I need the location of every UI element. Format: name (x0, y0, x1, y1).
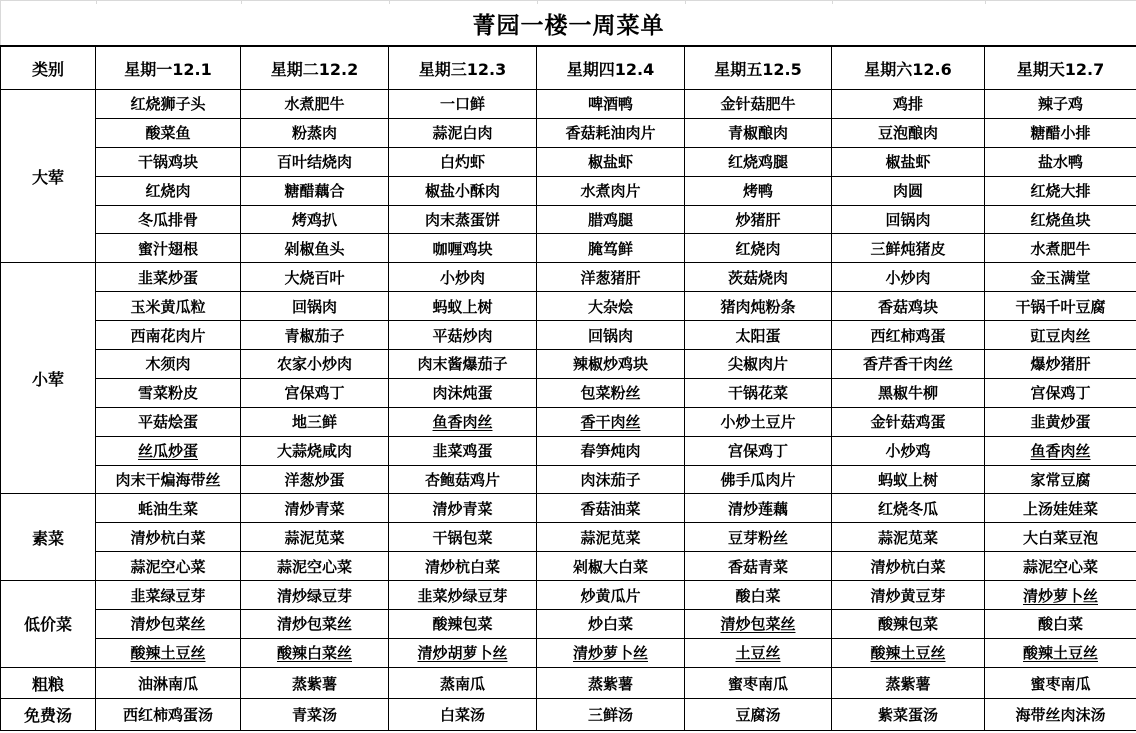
menu-body: 大荤红烧狮子头水煮肥牛一口鲜啤酒鸭金针菇肥牛鸡排辣子鸡酸菜鱼粉蒸肉蒜泥白肉香菇耗… (1, 90, 1136, 731)
menu-cell: 蒜泥苋菜 (241, 523, 389, 552)
menu-cell: 红烧鱼块 (985, 205, 1136, 234)
page-title: 菁园一楼一周菜单 (473, 7, 665, 40)
menu-cell: 红烧冬瓜 (832, 494, 985, 523)
menu-cell: 辣子鸡 (985, 90, 1136, 119)
menu-cell: 酸白菜 (685, 581, 832, 610)
menu-cell: 三鲜炖猪皮 (832, 234, 985, 263)
menu-cell: 白灼虾 (389, 147, 537, 176)
menu-cell: 回锅肉 (241, 292, 389, 321)
menu-row: 酸菜鱼粉蒸肉蒜泥白肉香菇耗油肉片青椒酿肉豆泡酿肉糖醋小排 (1, 118, 1136, 147)
day-header: 星期二12.2 (241, 46, 389, 90)
menu-cell: 包菜粉丝 (537, 378, 685, 407)
menu-cell: 玉米黄瓜粒 (96, 292, 241, 321)
menu-cell: 清炒包菜丝 (685, 610, 832, 639)
menu-cell: 蜜枣南瓜 (685, 667, 832, 699)
menu-cell: 爆炒猪肝 (985, 350, 1136, 379)
day-header: 星期一12.1 (96, 46, 241, 90)
menu-cell: 宫保鸡丁 (985, 378, 1136, 407)
menu-cell: 蒸南瓜 (389, 667, 537, 699)
gridline-tick (985, 1, 986, 4)
menu-cell: 腊鸡腿 (537, 205, 685, 234)
menu-cell: 炒猪肝 (685, 205, 832, 234)
menu-cell: 剁椒鱼头 (241, 234, 389, 263)
menu-cell: 香菇青菜 (685, 552, 832, 581)
menu-cell: 太阳蛋 (685, 321, 832, 350)
category-cell: 低价菜 (1, 581, 96, 668)
category-cell: 小荤 (1, 263, 96, 494)
menu-cell: 水煮肥牛 (241, 90, 389, 119)
menu-cell: 平菇烩蛋 (96, 407, 241, 436)
menu-cell: 蒜泥空心菜 (96, 552, 241, 581)
menu-cell: 肉末干煸海带丝 (96, 465, 241, 494)
menu-cell: 大杂烩 (537, 292, 685, 321)
menu-cell: 酸辣包菜 (389, 610, 537, 639)
menu-row: 免费汤西红柿鸡蛋汤青菜汤白菜汤三鲜汤豆腐汤紫菜蛋汤海带丝肉沫汤 (1, 699, 1136, 731)
menu-row: 酸辣土豆丝酸辣白菜丝清炒胡萝卜丝清炒萝卜丝土豆丝酸辣土豆丝酸辣土豆丝 (1, 638, 1136, 667)
menu-row: 红烧肉糖醋藕合椒盐小酥肉水煮肉片烤鸭肉圆红烧大排 (1, 176, 1136, 205)
menu-cell: 香菇油菜 (537, 494, 685, 523)
menu-cell: 蜜枣南瓜 (985, 667, 1136, 699)
menu-cell: 蜜汁翅根 (96, 234, 241, 263)
menu-cell: 清炒青菜 (389, 494, 537, 523)
menu-cell: 蒸紫薯 (537, 667, 685, 699)
menu-cell: 茨菇烧肉 (685, 263, 832, 292)
menu-cell: 韭菜炒绿豆芽 (389, 581, 537, 610)
menu-cell: 椒盐虾 (537, 147, 685, 176)
menu-cell: 咖喱鸡块 (389, 234, 537, 263)
category-cell: 免费汤 (1, 699, 96, 731)
menu-cell: 啤酒鸭 (537, 90, 685, 119)
menu-cell: 肉沫茄子 (537, 465, 685, 494)
menu-cell: 韭菜绿豆芽 (96, 581, 241, 610)
menu-cell: 青椒酿肉 (685, 118, 832, 147)
menu-cell: 清炒杭白菜 (96, 523, 241, 552)
menu-cell: 红烧肉 (685, 234, 832, 263)
menu-row: 丝瓜炒蛋大蒜烧咸肉韭菜鸡蛋春笋炖肉宫保鸡丁小炒鸡鱼香肉丝 (1, 436, 1136, 465)
menu-cell: 雪菜粉皮 (96, 378, 241, 407)
menu-cell: 干锅鸡块 (96, 147, 241, 176)
menu-cell: 西红柿鸡蛋汤 (96, 699, 241, 731)
menu-cell: 紫菜蛋汤 (832, 699, 985, 731)
menu-row: 西南花肉片青椒茄子平菇炒肉回锅肉太阳蛋西红柿鸡蛋豇豆肉丝 (1, 321, 1136, 350)
menu-cell: 大蒜烧咸肉 (241, 436, 389, 465)
menu-cell: 洋葱猪肝 (537, 263, 685, 292)
category-header: 类别 (1, 46, 96, 90)
menu-cell: 清炒黄豆芽 (832, 581, 985, 610)
menu-cell: 油淋南瓜 (96, 667, 241, 699)
menu-row: 素菜蚝油生菜清炒青菜清炒青菜香菇油菜清炒莲藕红烧冬瓜上汤娃娃菜 (1, 494, 1136, 523)
menu-cell: 炒黄瓜片 (537, 581, 685, 610)
menu-cell: 春笋炖肉 (537, 436, 685, 465)
menu-cell: 蒜泥空心菜 (241, 552, 389, 581)
menu-cell: 肉圆 (832, 176, 985, 205)
menu-cell: 鸡排 (832, 90, 985, 119)
menu-cell: 清炒莲藕 (685, 494, 832, 523)
menu-row: 蜜汁翅根剁椒鱼头咖喱鸡块腌笃鲜红烧肉三鲜炖猪皮水煮肥牛 (1, 234, 1136, 263)
menu-cell: 蒜泥空心菜 (985, 552, 1136, 581)
menu-cell: 蒜泥苋菜 (832, 523, 985, 552)
menu-row: 干锅鸡块百叶结烧肉白灼虾椒盐虾红烧鸡腿椒盐虾盐水鸭 (1, 147, 1136, 176)
menu-row: 木须肉农家小炒肉肉末酱爆茄子辣椒炒鸡块尖椒肉片香芹香干肉丝爆炒猪肝 (1, 350, 1136, 379)
menu-row: 肉末干煸海带丝洋葱炒蛋杏鲍菇鸡片肉沫茄子佛手瓜肉片蚂蚁上树家常豆腐 (1, 465, 1136, 494)
menu-cell: 猪肉炖粉条 (685, 292, 832, 321)
menu-cell: 肉沫炖蛋 (389, 378, 537, 407)
category-cell: 粗粮 (1, 667, 96, 699)
category-cell: 大荤 (1, 90, 96, 263)
menu-cell: 椒盐小酥肉 (389, 176, 537, 205)
menu-cell: 金针菇肥牛 (685, 90, 832, 119)
menu-row: 粗粮油淋南瓜蒸紫薯蒸南瓜蒸紫薯蜜枣南瓜蒸紫薯蜜枣南瓜 (1, 667, 1136, 699)
menu-row: 雪菜粉皮宫保鸡丁肉沫炖蛋包菜粉丝干锅花菜黑椒牛柳宫保鸡丁 (1, 378, 1136, 407)
menu-row: 小荤韭菜炒蛋大烧百叶小炒肉洋葱猪肝茨菇烧肉小炒肉金玉满堂 (1, 263, 1136, 292)
menu-cell: 酸辣白菜丝 (241, 638, 389, 667)
menu-row: 大荤红烧狮子头水煮肥牛一口鲜啤酒鸭金针菇肥牛鸡排辣子鸡 (1, 90, 1136, 119)
menu-cell: 三鲜汤 (537, 699, 685, 731)
menu-cell: 粉蒸肉 (241, 118, 389, 147)
menu-cell: 小炒肉 (389, 263, 537, 292)
menu-cell: 蒜泥苋菜 (537, 523, 685, 552)
menu-cell: 韭黄炒蛋 (985, 407, 1136, 436)
menu-cell: 百叶结烧肉 (241, 147, 389, 176)
menu-page: 菁园一楼一周菜单 类别 星期一12.1星期二12.2星期三12.3星期四12.4… (0, 0, 1136, 733)
menu-cell: 金玉满堂 (985, 263, 1136, 292)
menu-cell: 木须肉 (96, 350, 241, 379)
gridline-tick (389, 1, 390, 4)
menu-cell: 丝瓜炒蛋 (96, 436, 241, 465)
menu-cell: 农家小炒肉 (241, 350, 389, 379)
menu-cell: 香菇鸡块 (832, 292, 985, 321)
day-header: 星期五12.5 (685, 46, 832, 90)
menu-cell: 红烧鸡腿 (685, 147, 832, 176)
menu-cell: 清炒包菜丝 (96, 610, 241, 639)
day-header: 星期三12.3 (389, 46, 537, 90)
menu-row: 清炒包菜丝清炒包菜丝酸辣包菜炒白菜清炒包菜丝酸辣包菜酸白菜 (1, 610, 1136, 639)
menu-cell: 黑椒牛柳 (832, 378, 985, 407)
day-header: 星期六12.6 (832, 46, 985, 90)
menu-cell: 肉末酱爆茄子 (389, 350, 537, 379)
menu-cell: 香芹香干肉丝 (832, 350, 985, 379)
menu-cell: 香菇耗油肉片 (537, 118, 685, 147)
menu-cell: 金针菇鸡蛋 (832, 407, 985, 436)
menu-cell: 豆芽粉丝 (685, 523, 832, 552)
menu-cell: 回锅肉 (832, 205, 985, 234)
menu-cell: 土豆丝 (685, 638, 832, 667)
menu-cell: 干锅包菜 (389, 523, 537, 552)
menu-row: 平菇烩蛋地三鲜鱼香肉丝香干肉丝小炒土豆片金针菇鸡蛋韭黄炒蛋 (1, 407, 1136, 436)
menu-cell: 椒盐虾 (832, 147, 985, 176)
menu-cell: 盐水鸭 (985, 147, 1136, 176)
menu-cell: 清炒杭白菜 (832, 552, 985, 581)
menu-row: 清炒杭白菜蒜泥苋菜干锅包菜蒜泥苋菜豆芽粉丝蒜泥苋菜大白菜豆泡 (1, 523, 1136, 552)
menu-cell: 上汤娃娃菜 (985, 494, 1136, 523)
menu-cell: 糖醋藕合 (241, 176, 389, 205)
menu-cell: 酸辣土豆丝 (832, 638, 985, 667)
menu-cell: 清炒青菜 (241, 494, 389, 523)
menu-cell: 鱼香肉丝 (985, 436, 1136, 465)
menu-cell: 海带丝肉沫汤 (985, 699, 1136, 731)
category-cell: 素菜 (1, 494, 96, 581)
menu-cell: 鱼香肉丝 (389, 407, 537, 436)
menu-cell: 炒白菜 (537, 610, 685, 639)
menu-cell: 地三鲜 (241, 407, 389, 436)
menu-cell: 水煮肉片 (537, 176, 685, 205)
menu-cell: 豆腐汤 (685, 699, 832, 731)
menu-cell: 韭菜炒蛋 (96, 263, 241, 292)
menu-cell: 酸辣土豆丝 (96, 638, 241, 667)
menu-cell: 红烧肉 (96, 176, 241, 205)
menu-cell: 冬瓜排骨 (96, 205, 241, 234)
menu-cell: 清炒萝卜丝 (537, 638, 685, 667)
menu-cell: 佛手瓜肉片 (685, 465, 832, 494)
menu-cell: 蒸紫薯 (241, 667, 389, 699)
menu-cell: 小炒肉 (832, 263, 985, 292)
title-row: 菁园一楼一周菜单 (0, 0, 1136, 45)
menu-cell: 豇豆肉丝 (985, 321, 1136, 350)
day-header: 星期天12.7 (985, 46, 1136, 90)
menu-row: 蒜泥空心菜蒜泥空心菜清炒杭白菜剁椒大白菜香菇青菜清炒杭白菜蒜泥空心菜 (1, 552, 1136, 581)
menu-cell: 清炒杭白菜 (389, 552, 537, 581)
gridline-tick (685, 1, 686, 4)
menu-cell: 烤鸡扒 (241, 205, 389, 234)
menu-cell: 宫保鸡丁 (685, 436, 832, 465)
menu-cell: 一口鲜 (389, 90, 537, 119)
menu-cell: 香干肉丝 (537, 407, 685, 436)
menu-cell: 清炒胡萝卜丝 (389, 638, 537, 667)
menu-cell: 糖醋小排 (985, 118, 1136, 147)
menu-cell: 辣椒炒鸡块 (537, 350, 685, 379)
menu-cell: 蒸紫薯 (832, 667, 985, 699)
menu-cell: 豆泡酿肉 (832, 118, 985, 147)
menu-cell: 青椒茄子 (241, 321, 389, 350)
menu-table: 类别 星期一12.1星期二12.2星期三12.3星期四12.4星期五12.5星期… (0, 45, 1136, 731)
day-header: 星期四12.4 (537, 46, 685, 90)
menu-cell: 烤鸭 (685, 176, 832, 205)
menu-cell: 白菜汤 (389, 699, 537, 731)
menu-cell: 蚂蚁上树 (832, 465, 985, 494)
menu-cell: 回锅肉 (537, 321, 685, 350)
menu-cell: 酸菜鱼 (96, 118, 241, 147)
menu-cell: 红烧大排 (985, 176, 1136, 205)
gridline-tick (537, 1, 538, 4)
menu-cell: 大白菜豆泡 (985, 523, 1136, 552)
menu-cell: 红烧狮子头 (96, 90, 241, 119)
menu-cell: 干锅千叶豆腐 (985, 292, 1136, 321)
menu-cell: 家常豆腐 (985, 465, 1136, 494)
menu-cell: 杏鲍菇鸡片 (389, 465, 537, 494)
menu-cell: 西南花肉片 (96, 321, 241, 350)
menu-row: 低价菜韭菜绿豆芽清炒绿豆芽韭菜炒绿豆芽炒黄瓜片酸白菜清炒黄豆芽清炒萝卜丝 (1, 581, 1136, 610)
menu-cell: 小炒鸡 (832, 436, 985, 465)
gridline-tick (241, 1, 242, 4)
menu-cell: 清炒绿豆芽 (241, 581, 389, 610)
menu-cell: 洋葱炒蛋 (241, 465, 389, 494)
gridline-tick (832, 1, 833, 4)
header-row: 类别 星期一12.1星期二12.2星期三12.3星期四12.4星期五12.5星期… (1, 46, 1136, 90)
menu-cell: 小炒土豆片 (685, 407, 832, 436)
menu-cell: 尖椒肉片 (685, 350, 832, 379)
menu-row: 玉米黄瓜粒回锅肉蚂蚁上树大杂烩猪肉炖粉条香菇鸡块干锅千叶豆腐 (1, 292, 1136, 321)
menu-cell: 韭菜鸡蛋 (389, 436, 537, 465)
menu-cell: 蚝油生菜 (96, 494, 241, 523)
menu-cell: 清炒包菜丝 (241, 610, 389, 639)
menu-cell: 大烧百叶 (241, 263, 389, 292)
menu-cell: 干锅花菜 (685, 378, 832, 407)
menu-cell: 青菜汤 (241, 699, 389, 731)
menu-cell: 肉末蒸蛋饼 (389, 205, 537, 234)
menu-cell: 平菇炒肉 (389, 321, 537, 350)
menu-cell: 酸辣包菜 (832, 610, 985, 639)
menu-cell: 蒜泥白肉 (389, 118, 537, 147)
menu-cell: 西红柿鸡蛋 (832, 321, 985, 350)
menu-cell: 清炒萝卜丝 (985, 581, 1136, 610)
gridline-tick (96, 1, 97, 4)
menu-cell: 酸辣土豆丝 (985, 638, 1136, 667)
menu-cell: 腌笃鲜 (537, 234, 685, 263)
menu-row: 冬瓜排骨烤鸡扒肉末蒸蛋饼腊鸡腿炒猪肝回锅肉红烧鱼块 (1, 205, 1136, 234)
menu-cell: 酸白菜 (985, 610, 1136, 639)
menu-cell: 蚂蚁上树 (389, 292, 537, 321)
menu-cell: 宫保鸡丁 (241, 378, 389, 407)
menu-cell: 水煮肥牛 (985, 234, 1136, 263)
menu-cell: 剁椒大白菜 (537, 552, 685, 581)
